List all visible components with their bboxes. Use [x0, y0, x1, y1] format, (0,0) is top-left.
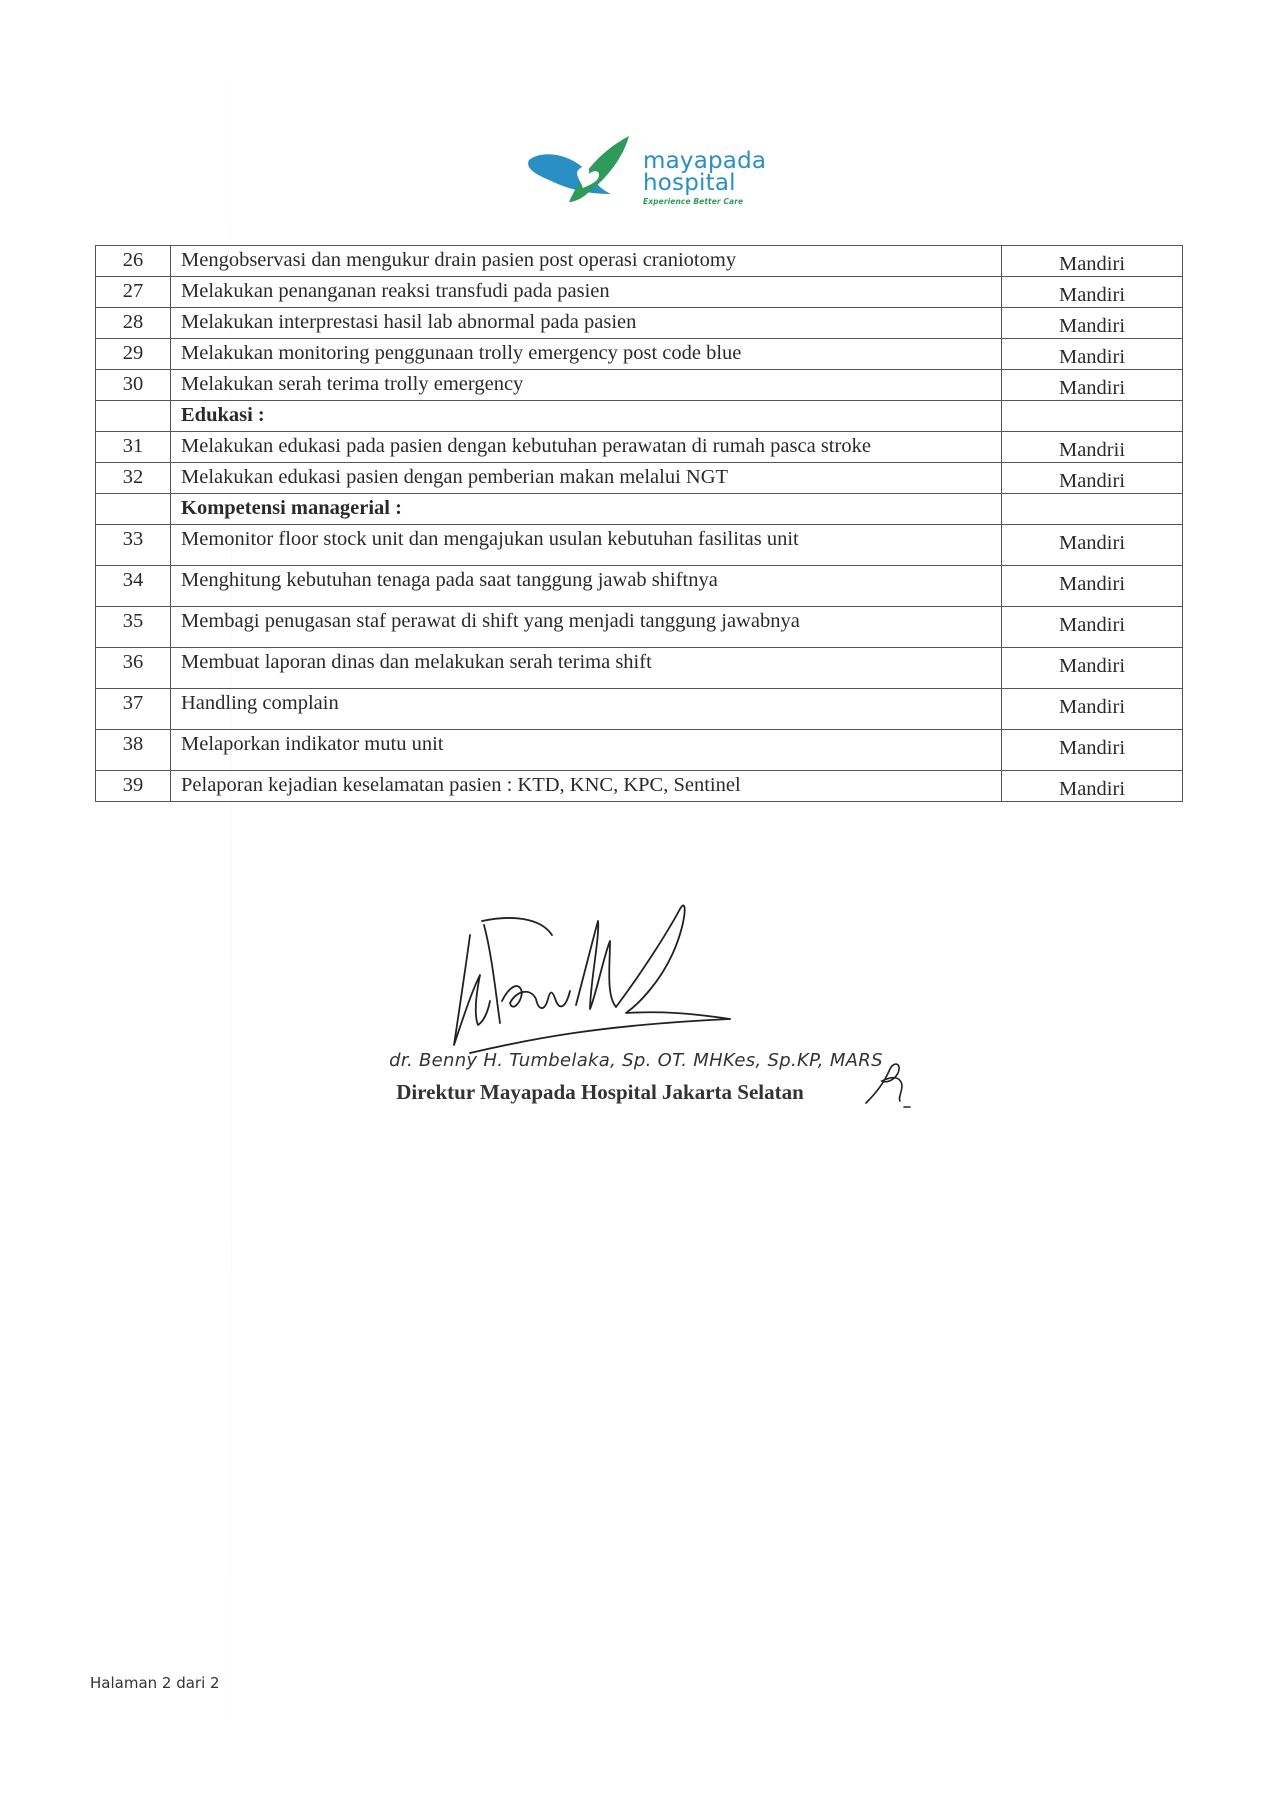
- table-row: 37Handling complainMandiri: [96, 689, 1183, 730]
- table-row: 39Pelaporan kejadian keselamatan pasien …: [96, 771, 1183, 802]
- logo-name-line2: hospital: [643, 172, 766, 194]
- competency-status: Mandiri: [1059, 315, 1125, 337]
- table-row: 32Melakukan edukasi pasien dengan pember…: [96, 463, 1183, 494]
- row-number: 33: [96, 525, 171, 566]
- competency-status-cell: Mandiri: [1002, 308, 1183, 339]
- competency-status: Mandiri: [1059, 655, 1125, 677]
- row-number: 28: [96, 308, 171, 339]
- table-section-row: Edukasi :: [96, 401, 1183, 432]
- row-number: 32: [96, 463, 171, 494]
- competency-status-cell: [1002, 494, 1183, 525]
- competency-status-cell: Mandiri: [1002, 689, 1183, 730]
- competency-description: Menghitung kebutuhan tenaga pada saat ta…: [171, 566, 1002, 607]
- table-row: 29Melakukan monitoring penggunaan trolly…: [96, 339, 1183, 370]
- table-row: 38Melaporkan indikator mutu unitMandiri: [96, 730, 1183, 771]
- initial-paraf-icon: [860, 1055, 920, 1115]
- hospital-logo: mayapada hospital Experience Better Care: [525, 128, 785, 218]
- table-row: 36Membuat laporan dinas dan melakukan se…: [96, 648, 1183, 689]
- competency-description: Membagi penugasan staf perawat di shift …: [171, 607, 1002, 648]
- competency-status-cell: Mandiri: [1002, 730, 1183, 771]
- competency-description: Melakukan monitoring penggunaan trolly e…: [171, 339, 1002, 370]
- competency-status: Mandiri: [1059, 470, 1125, 492]
- competency-status: Mandiri: [1059, 614, 1125, 636]
- row-number: 39: [96, 771, 171, 802]
- competency-status-cell: Mandrii: [1002, 432, 1183, 463]
- competency-status-cell: Mandiri: [1002, 525, 1183, 566]
- row-number: 30: [96, 370, 171, 401]
- competency-description: Melakukan edukasi pada pasien dengan keb…: [171, 432, 1002, 463]
- table-row: 28Melakukan interprestasi hasil lab abno…: [96, 308, 1183, 339]
- heart-swoosh-logo-icon: [525, 128, 645, 218]
- table-row: 27Melakukan penanganan reaksi transfudi …: [96, 277, 1183, 308]
- handwritten-signature-icon: [440, 895, 740, 1055]
- competency-status: Mandiri: [1059, 573, 1125, 595]
- competency-table-body: 26Mengobservasi dan mengukur drain pasie…: [96, 246, 1183, 802]
- row-number: [96, 401, 171, 432]
- competency-status: Mandiri: [1059, 284, 1125, 306]
- competency-status-cell: Mandiri: [1002, 339, 1183, 370]
- row-number: 38: [96, 730, 171, 771]
- row-number: 27: [96, 277, 171, 308]
- row-number: 36: [96, 648, 171, 689]
- competency-status-cell: Mandiri: [1002, 771, 1183, 802]
- competency-status: Mandiri: [1059, 778, 1125, 800]
- competency-description: Memonitor floor stock unit dan mengajuka…: [171, 525, 1002, 566]
- table-row: 26Mengobservasi dan mengukur drain pasie…: [96, 246, 1183, 277]
- table-row: 30Melakukan serah terima trolly emergenc…: [96, 370, 1183, 401]
- logo-tagline: Experience Better Care: [643, 197, 766, 207]
- competency-description: Melaporkan indikator mutu unit: [171, 730, 1002, 771]
- competency-status-cell: [1002, 401, 1183, 432]
- section-heading: Edukasi :: [171, 401, 1002, 432]
- competency-status: Mandiri: [1059, 532, 1125, 554]
- competency-description: Handling complain: [171, 689, 1002, 730]
- competency-status-cell: Mandiri: [1002, 370, 1183, 401]
- table-row: 33Memonitor floor stock unit dan mengaju…: [96, 525, 1183, 566]
- competency-status: Mandiri: [1059, 346, 1125, 368]
- table-row: 31Melakukan edukasi pada pasien dengan k…: [96, 432, 1183, 463]
- competency-status-cell: Mandiri: [1002, 277, 1183, 308]
- row-number: [96, 494, 171, 525]
- logo-name-line1: mayapada: [643, 150, 766, 172]
- competency-status: Mandiri: [1059, 377, 1125, 399]
- row-number: 37: [96, 689, 171, 730]
- competency-status: Mandiri: [1059, 737, 1125, 759]
- row-number: 29: [96, 339, 171, 370]
- table-row: 34Menghitung kebutuhan tenaga pada saat …: [96, 566, 1183, 607]
- competency-status-cell: Mandiri: [1002, 648, 1183, 689]
- row-number: 34: [96, 566, 171, 607]
- competency-status-cell: Mandiri: [1002, 566, 1183, 607]
- row-number: 26: [96, 246, 171, 277]
- competency-table: 26Mengobservasi dan mengukur drain pasie…: [95, 245, 1183, 802]
- table-row: 35Membagi penugasan staf perawat di shif…: [96, 607, 1183, 648]
- competency-status: Mandiri: [1059, 696, 1125, 718]
- row-number: 31: [96, 432, 171, 463]
- page-number: Halaman 2 dari 2: [90, 1674, 220, 1692]
- competency-description: Melakukan penanganan reaksi transfudi pa…: [171, 277, 1002, 308]
- competency-status: Mandrii: [1059, 439, 1125, 461]
- competency-description: Membuat laporan dinas dan melakukan sera…: [171, 648, 1002, 689]
- competency-status-cell: Mandiri: [1002, 463, 1183, 494]
- table-section-row: Kompetensi managerial :: [96, 494, 1183, 525]
- competency-status-cell: Mandiri: [1002, 246, 1183, 277]
- row-number: 35: [96, 607, 171, 648]
- competency-description: Pelaporan kejadian keselamatan pasien : …: [171, 771, 1002, 802]
- logo-wordmark: mayapada hospital Experience Better Care: [643, 150, 766, 207]
- competency-status: Mandiri: [1059, 253, 1125, 275]
- section-heading: Kompetensi managerial :: [171, 494, 1002, 525]
- signer-title: Direktur Mayapada Hospital Jakarta Selat…: [0, 1080, 1200, 1105]
- competency-description: Melakukan interprestasi hasil lab abnorm…: [171, 308, 1002, 339]
- competency-description: Melakukan edukasi pasien dengan pemberia…: [171, 463, 1002, 494]
- competency-status-cell: Mandiri: [1002, 607, 1183, 648]
- signer-name: dr. Benny H. Tumbelaka, Sp. OT. MHKes, S…: [0, 1050, 1272, 1071]
- competency-description: Melakukan serah terima trolly emergency: [171, 370, 1002, 401]
- competency-description: Mengobservasi dan mengukur drain pasien …: [171, 246, 1002, 277]
